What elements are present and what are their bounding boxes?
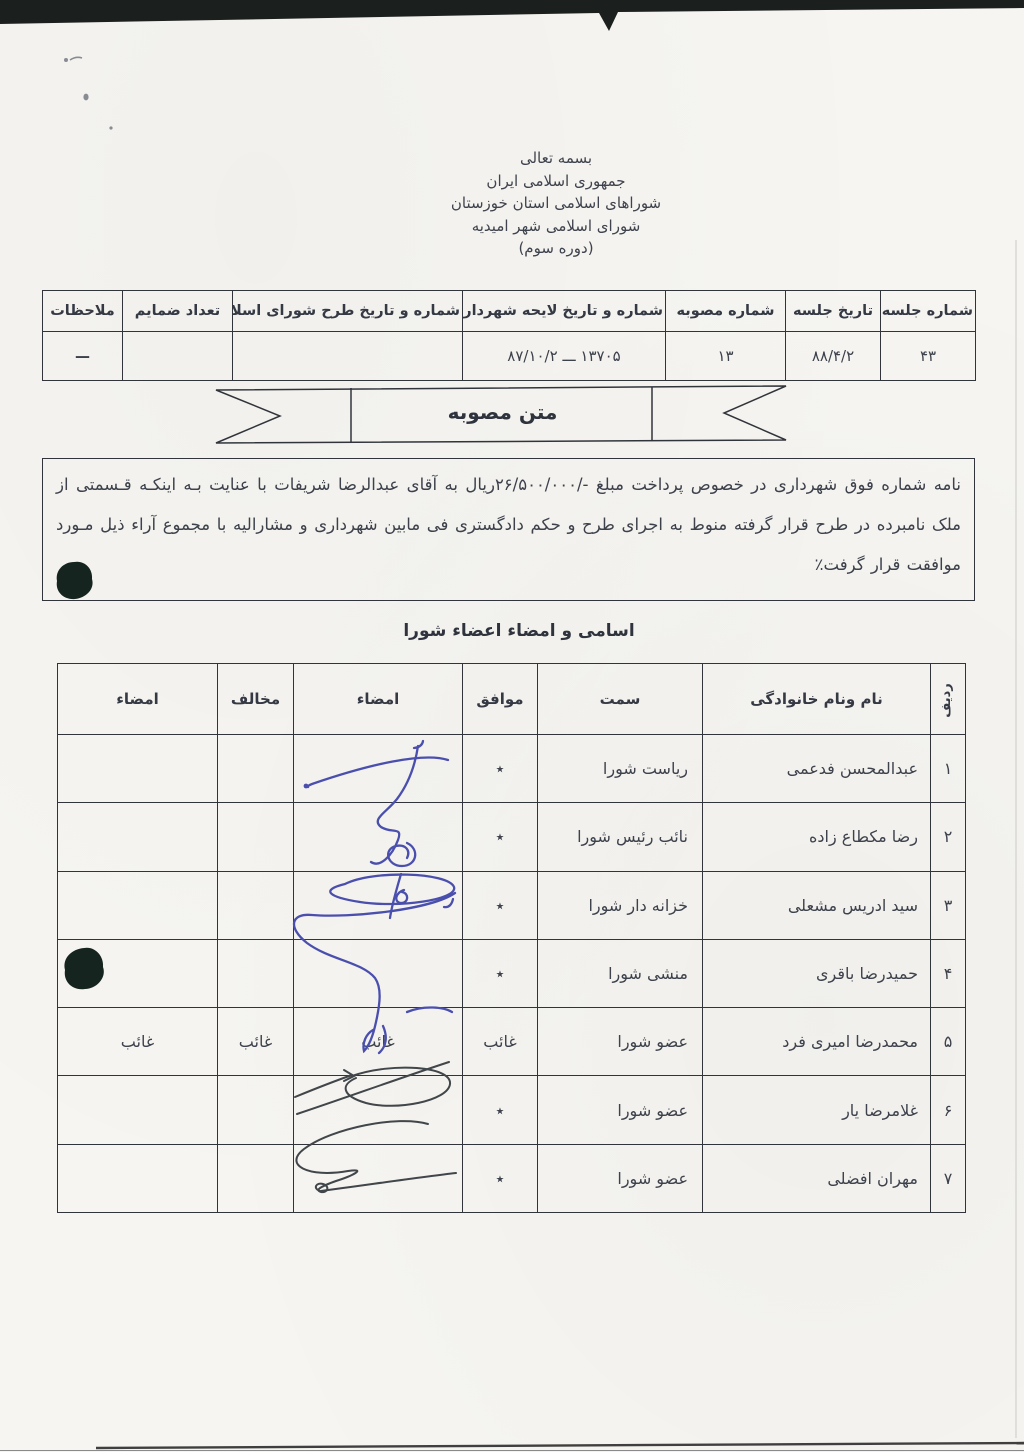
cell-oppose: [218, 803, 294, 871]
member-row: ۴ حمیدرضا باقری منشی شورا ٭: [58, 939, 966, 1007]
column-header-session-no: شماره جلسه: [881, 291, 976, 332]
cell-name: رضا مکطاع زاده: [703, 803, 931, 871]
member-row: ۳ سید ادریس مشعلی خزانه دار شورا ٭: [58, 871, 966, 939]
cell-row-no: ۲: [931, 803, 966, 871]
cell-signature: غائب: [294, 1008, 463, 1076]
cell-municipality-bill: ۱۳۷۰۵ ـــ ۸۷/۱۰/۲: [463, 332, 666, 381]
letterhead-line-term: (دوره سوم): [306, 237, 806, 260]
cell-position: نائب رئیس شورا: [538, 803, 703, 871]
member-row: ۱ عبدالمحسن فدعمی ریاست شورا ٭: [58, 735, 966, 803]
column-header-session-date: تاریخ جلسه: [786, 291, 881, 332]
document-letterhead: بسمه تعالی جمهوری اسلامی ایران شوراهای ا…: [306, 147, 806, 260]
cell-agree-mark: غائب: [463, 1008, 538, 1076]
cell-signature: [294, 1144, 463, 1212]
cell-name: سید ادریس مشعلی: [703, 871, 931, 939]
cell-oppose: [218, 1144, 294, 1212]
letterhead-line-republic: جمهوری اسلامی ایران: [306, 170, 806, 193]
cell-row-no: ۱: [931, 735, 966, 803]
cell-position: عضو شورا: [538, 1144, 703, 1212]
cell-row-no: ۷: [931, 1144, 966, 1212]
cell-position: خزانه دار شورا: [538, 871, 703, 939]
cell-attachments: [123, 332, 233, 381]
ink-specks: [64, 57, 113, 129]
cell-remarks: —: [43, 332, 123, 381]
cell-resolution-no: ۱۳: [666, 332, 786, 381]
cell-signature: [294, 939, 463, 1007]
cell-signature-2: [58, 1144, 218, 1212]
cell-name: محمدرضا امیری فرد: [703, 1008, 931, 1076]
cell-oppose: [218, 1076, 294, 1144]
cell-agree-mark: ٭: [463, 871, 538, 939]
scan-bottom-line: [96, 1443, 1024, 1448]
cell-agree-mark: ٭: [463, 939, 538, 1007]
scan-top-band: [0, 0, 1024, 31]
cell-agree-mark: ٭: [463, 1144, 538, 1212]
resolution-meta-table: شماره جلسه تاریخ جلسه شماره مصوبه شماره …: [42, 290, 976, 381]
cell-oppose: غائب: [218, 1008, 294, 1076]
meta-value-row: ۴۳ ۸۸/۴/۲ ۱۳ ۱۳۷۰۵ ـــ ۸۷/۱۰/۲ —: [43, 332, 976, 381]
cell-position: ریاست شورا: [538, 735, 703, 803]
cell-signature-2: [58, 871, 218, 939]
column-header-resolution-no: شماره مصوبه: [666, 291, 786, 332]
cell-signature-2: [58, 803, 218, 871]
scanned-document-page: بسمه تعالی جمهوری اسلامی ایران شوراهای ا…: [0, 0, 1024, 1452]
cell-oppose: [218, 735, 294, 803]
cell-position: عضو شورا: [538, 1008, 703, 1076]
cell-position: منشی شورا: [538, 939, 703, 1007]
cell-council-plan: [233, 332, 463, 381]
cell-signature: [294, 1076, 463, 1144]
cell-row-no: ۵: [931, 1008, 966, 1076]
member-row: ۶ غلامرضا یار عضو شورا ٭: [58, 1076, 966, 1144]
cell-position: عضو شورا: [538, 1076, 703, 1144]
column-header-oppose: مخالف: [218, 664, 294, 735]
members-signature-table: ردیف نام ونام خانوادگی سمت موافق امضاء م…: [57, 663, 966, 1213]
cell-row-no: ۳: [931, 871, 966, 939]
members-section-title: اسامی و امضاء اعضاء شورا: [369, 621, 669, 641]
column-header-signature: امضاء: [294, 664, 463, 735]
column-header-municipality-bill: شماره و تاریخ لایحه شهرداری: [463, 291, 666, 332]
cell-signature-2: [58, 939, 218, 1007]
member-row: ۵ محمدرضا امیری فرد عضو شورا غائب غائب غ…: [58, 1008, 966, 1076]
banner-title: متن مصوبه: [352, 400, 653, 424]
cell-name: غلامرضا یار: [703, 1076, 931, 1144]
cell-oppose: [218, 939, 294, 1007]
cell-session-date: ۸۸/۴/۲: [786, 332, 881, 381]
cell-signature-2: [58, 735, 218, 803]
member-row: ۷ مهران افضلی عضو شورا ٭: [58, 1144, 966, 1212]
column-header-council-plan: شماره و تاریخ طرح شورای اسلامی: [233, 291, 463, 332]
column-header-full-name: نام ونام خانوادگی: [703, 664, 931, 735]
meta-header-row: شماره جلسه تاریخ جلسه شماره مصوبه شماره …: [43, 291, 976, 332]
cell-signature-2: [58, 1076, 218, 1144]
cell-name: حمیدرضا باقری: [703, 939, 931, 1007]
resolution-text-box: نامه شماره فوق شهرداری در خصوص پرداخت مب…: [42, 458, 975, 601]
column-header-row-no: ردیف: [931, 664, 966, 735]
cell-name: مهران افضلی: [703, 1144, 931, 1212]
letterhead-line-bismillah: بسمه تعالی: [306, 147, 806, 170]
cell-signature-2: غائب: [58, 1008, 218, 1076]
column-header-position: سمت: [538, 664, 703, 735]
cell-agree-mark: ٭: [463, 803, 538, 871]
cell-row-no: ۴: [931, 939, 966, 1007]
column-header-remarks: ملاحظات: [43, 291, 123, 332]
member-row: ۲ رضا مکطاع زاده نائب رئیس شورا ٭: [58, 803, 966, 871]
members-header-row: ردیف نام ونام خانوادگی سمت موافق امضاء م…: [58, 664, 966, 735]
cell-oppose: [218, 871, 294, 939]
cell-signature: [294, 803, 463, 871]
resolution-text: نامه شماره فوق شهرداری در خصوص پرداخت مب…: [56, 475, 961, 574]
letterhead-line-province-councils: شوراهای اسلامی استان خوزستان: [306, 192, 806, 215]
cell-agree-mark: ٭: [463, 735, 538, 803]
cell-row-no: ۶: [931, 1076, 966, 1144]
cell-session-no: ۴۳: [881, 332, 976, 381]
column-header-agree: موافق: [463, 664, 538, 735]
letterhead-line-city-council: شورای اسلامی شهر امیدیه: [306, 215, 806, 238]
cell-signature: [294, 871, 463, 939]
column-header-signature-2: امضاء: [58, 664, 218, 735]
cell-name: عبدالمحسن فدعمی: [703, 735, 931, 803]
cell-agree-mark: ٭: [463, 1076, 538, 1144]
cell-signature: [294, 735, 463, 803]
column-header-attachments: تعداد ضمایم: [123, 291, 233, 332]
